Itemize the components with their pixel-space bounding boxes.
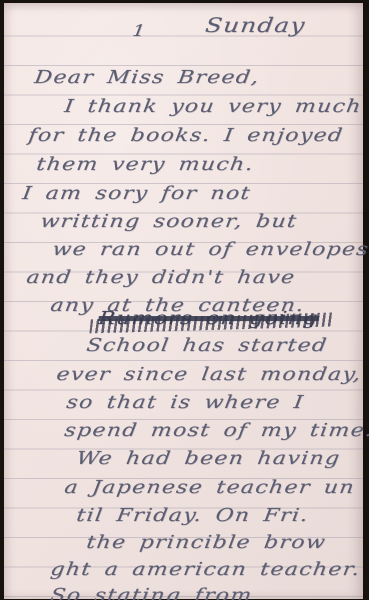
letter-line: so that is where I [65, 392, 305, 414]
letter-line: and they didn't have [25, 267, 297, 289]
letter-line: So stating from [49, 585, 254, 600]
letter-line: writting sooner, but [39, 211, 299, 233]
crossed-out-line: Rumors on going [97, 308, 320, 330]
letter-line: we ran out of envelopes [51, 239, 369, 261]
letter-line: I thank you very much [63, 96, 363, 118]
letter-line: We had been having [75, 448, 342, 470]
letter-line: ght a american teacher. [49, 559, 362, 581]
letter-line: a Japenese teacher un [63, 477, 356, 499]
letter-page: 1 Sunday Dear Miss Breed, I thank you ve… [4, 3, 363, 599]
letter-line: I am sory for not [21, 183, 252, 205]
letter-line: the princible brow [85, 532, 328, 554]
letter-scan: 1 Sunday Dear Miss Breed, I thank you ve… [0, 0, 369, 600]
date-heading: Sunday [204, 14, 307, 36]
salutation-line: Dear Miss Breed, [33, 67, 261, 89]
letter-line: spend most of my time. [63, 420, 369, 442]
letter-line: School has started [85, 335, 329, 357]
letter-line: ever since last monday, [55, 364, 363, 386]
letter-line: for the books. I enjoyed [27, 125, 345, 147]
letter-line: til Friday. On Fri. [75, 505, 310, 527]
letter-line: them very much. [35, 154, 255, 176]
